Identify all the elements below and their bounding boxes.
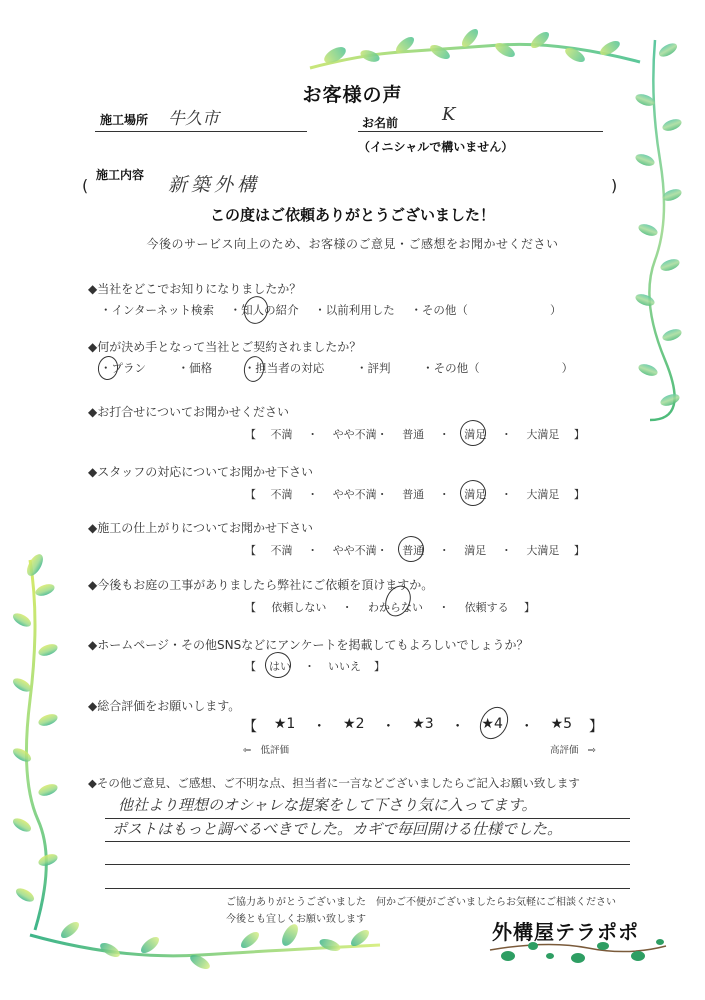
option-neutral[interactable]: 普通: [402, 542, 424, 558]
option-dissatisfied[interactable]: 不満: [271, 486, 293, 502]
separator: ・: [520, 716, 534, 736]
option-other[interactable]: ・その他（）: [422, 360, 573, 376]
rating-scale: 【 ★1 ・ ★2 ・ ★3 ・ ★4 ・ ★5 】: [243, 716, 603, 736]
question-how-found: ◆当社をどこでお知りになりましたか？: [88, 280, 301, 297]
bracket-close: 】: [524, 599, 535, 615]
separator: ・: [501, 542, 512, 558]
separator: ・: [438, 599, 449, 615]
option-other-label: ・その他（: [422, 361, 480, 375]
separator: ・: [307, 542, 318, 558]
question-finish: ◆施工の仕上がりについてお聞かせ下さい: [88, 519, 313, 536]
question-future-request: ◆今後もお庭の工事がありましたら弊社にご依頼を頂けますか。: [88, 576, 433, 593]
bracket-close: 】: [574, 426, 585, 442]
option-very-satisfied[interactable]: 大満足: [526, 486, 559, 502]
high-rating-label: 高評価 ⇨: [550, 742, 596, 756]
bracket-close: 】: [374, 658, 385, 674]
option-neutral[interactable]: 普通: [402, 426, 424, 442]
comment-underline-3: [105, 864, 630, 865]
comment-line-2[interactable]: ポストはもっと調べるべきでした。カギで毎回開ける仕様でした。: [112, 818, 562, 839]
option-somewhat-dissatisfied[interactable]: やや不満・: [333, 486, 388, 502]
option-very-satisfied[interactable]: 大満足: [526, 426, 559, 442]
comments-prompt: ◆その他ご意見、ご感想、ご不明な点、担当者に一言などございましたらご記入お願い致…: [88, 775, 580, 791]
option-satisfied[interactable]: 満足: [464, 542, 486, 558]
form-title: お客様の声: [0, 80, 705, 107]
separator: ・: [501, 486, 512, 502]
work-field[interactable]: 新築外構: [168, 170, 260, 197]
work-paren-open: (: [82, 176, 88, 195]
option-dissatisfied[interactable]: 不満: [271, 426, 293, 442]
option-referral[interactable]: ・知人の紹介: [230, 302, 299, 318]
option-neutral[interactable]: 普通: [402, 486, 424, 502]
scale-staff: 【 不満 ・ やや不満・ 普通 ・ 満足 ・ 大満足 】: [245, 486, 585, 502]
option-yes[interactable]: はい: [269, 658, 291, 674]
option-price[interactable]: ・価格: [178, 360, 213, 376]
comment-underline-4: [105, 888, 630, 889]
separator: ・: [381, 716, 395, 736]
low-rating-label: ⇦ 低評価: [243, 742, 289, 756]
option-will-request[interactable]: 依頼する: [465, 599, 509, 615]
site-underline: [95, 131, 307, 132]
comment-line-1[interactable]: 他社より理想のオシャレな提案をして下さり気に入ってます。: [118, 794, 537, 815]
question-publish-consent: ◆ホームページ・その他SNSなどにアンケートを掲載してもよろしいでしょうか？: [88, 636, 528, 653]
scale-finish: 【 不満 ・ やや不満・ 普通 ・ 満足 ・ 大満足 】: [245, 542, 585, 558]
separator: ・: [439, 542, 450, 558]
rating-5-star[interactable]: ★5: [551, 716, 572, 736]
name-label: お名前: [362, 114, 398, 131]
option-reputation[interactable]: ・評判: [356, 360, 391, 376]
scale-future-request: 【 依頼しない ・ わからない ・ 依頼する 】: [245, 599, 535, 615]
intro-subtitle: 今後のサービス向上のため、お客様のご意見・ご感想をお聞かせください: [0, 235, 705, 252]
separator: ・: [307, 426, 318, 442]
work-label: 施工内容: [96, 166, 144, 183]
separator: ・: [342, 599, 353, 615]
option-previous[interactable]: ・以前利用した: [314, 302, 395, 318]
option-internet[interactable]: ・インターネット検索: [100, 302, 214, 318]
name-note: （イニシャルで構いません）: [358, 138, 513, 155]
bracket-close: 】: [574, 486, 585, 502]
separator: ・: [451, 716, 465, 736]
site-field[interactable]: 牛久市: [168, 104, 219, 129]
name-underline: [358, 131, 603, 132]
options-deciding-factor: ・プラン ・価格 ・担当者の対応 ・評判 ・その他（）: [100, 360, 573, 376]
footer-closing: 今後とも宜しくお願い致します: [226, 910, 366, 925]
rating-2-star[interactable]: ★2: [343, 716, 364, 736]
rating-3-star[interactable]: ★3: [412, 716, 433, 736]
option-other-close: ）: [550, 303, 562, 317]
option-not-sure[interactable]: わからない: [368, 599, 423, 615]
separator: ・: [501, 426, 512, 442]
option-plan[interactable]: ・プラン: [100, 360, 146, 376]
bracket-close: 】: [589, 716, 603, 736]
question-staff: ◆スタッフの対応についてお聞かせ下さい: [88, 463, 313, 480]
option-staff-response[interactable]: ・担当者の対応: [244, 360, 325, 376]
option-satisfied[interactable]: 満足: [464, 486, 486, 502]
work-paren-close: ): [611, 176, 617, 195]
option-no[interactable]: いいえ: [328, 658, 361, 674]
option-other-close: ）: [562, 361, 574, 375]
bracket-open: 【: [245, 542, 256, 558]
option-other-label: ・その他（: [410, 303, 468, 317]
logo-vine-icon: [488, 938, 668, 968]
options-how-found: ・インターネット検索 ・知人の紹介 ・以前利用した ・その他（）: [100, 302, 561, 318]
option-dissatisfied[interactable]: 不満: [271, 542, 293, 558]
separator: ・: [304, 658, 315, 674]
bracket-open: 【: [243, 716, 257, 736]
scale-publish-consent: 【 はい ・ いいえ 】: [245, 658, 385, 674]
site-label: 施工場所: [100, 111, 148, 128]
scale-meeting: 【 不満 ・ やや不満・ 普通 ・ 満足 ・ 大満足 】: [245, 426, 585, 442]
bracket-open: 【: [245, 658, 256, 674]
rating-4-star[interactable]: ★4: [481, 716, 502, 736]
option-somewhat-dissatisfied[interactable]: やや不満・: [333, 426, 388, 442]
bracket-open: 【: [245, 426, 256, 442]
thanks-heading: この度はご依頼ありがとうございました！: [0, 204, 705, 225]
separator: ・: [439, 426, 450, 442]
option-other[interactable]: ・その他（）: [410, 302, 561, 318]
option-will-not-request[interactable]: 依頼しない: [271, 599, 326, 615]
option-satisfied[interactable]: 満足: [464, 426, 486, 442]
question-meeting: ◆お打合せについてお聞かせください: [88, 403, 289, 420]
option-somewhat-dissatisfied[interactable]: やや不満・: [333, 542, 388, 558]
comment-underline-2: [105, 841, 630, 842]
name-field[interactable]: K: [442, 104, 455, 125]
bracket-close: 】: [574, 542, 585, 558]
question-deciding-factor: ◆何が決め手となって当社とご契約されましたか？: [88, 338, 361, 355]
option-very-satisfied[interactable]: 大満足: [526, 542, 559, 558]
separator: ・: [312, 716, 326, 736]
rating-1-star[interactable]: ★1: [274, 716, 295, 736]
footer-thanks: ご協力ありがとうございました 何かご不便がございましたらお気軽にご相談ください: [226, 893, 616, 908]
bracket-open: 【: [245, 599, 256, 615]
bracket-open: 【: [245, 486, 256, 502]
separator: ・: [439, 486, 450, 502]
question-overall-rating: ◆総合評価をお願いします。: [88, 697, 240, 714]
separator: ・: [307, 486, 318, 502]
